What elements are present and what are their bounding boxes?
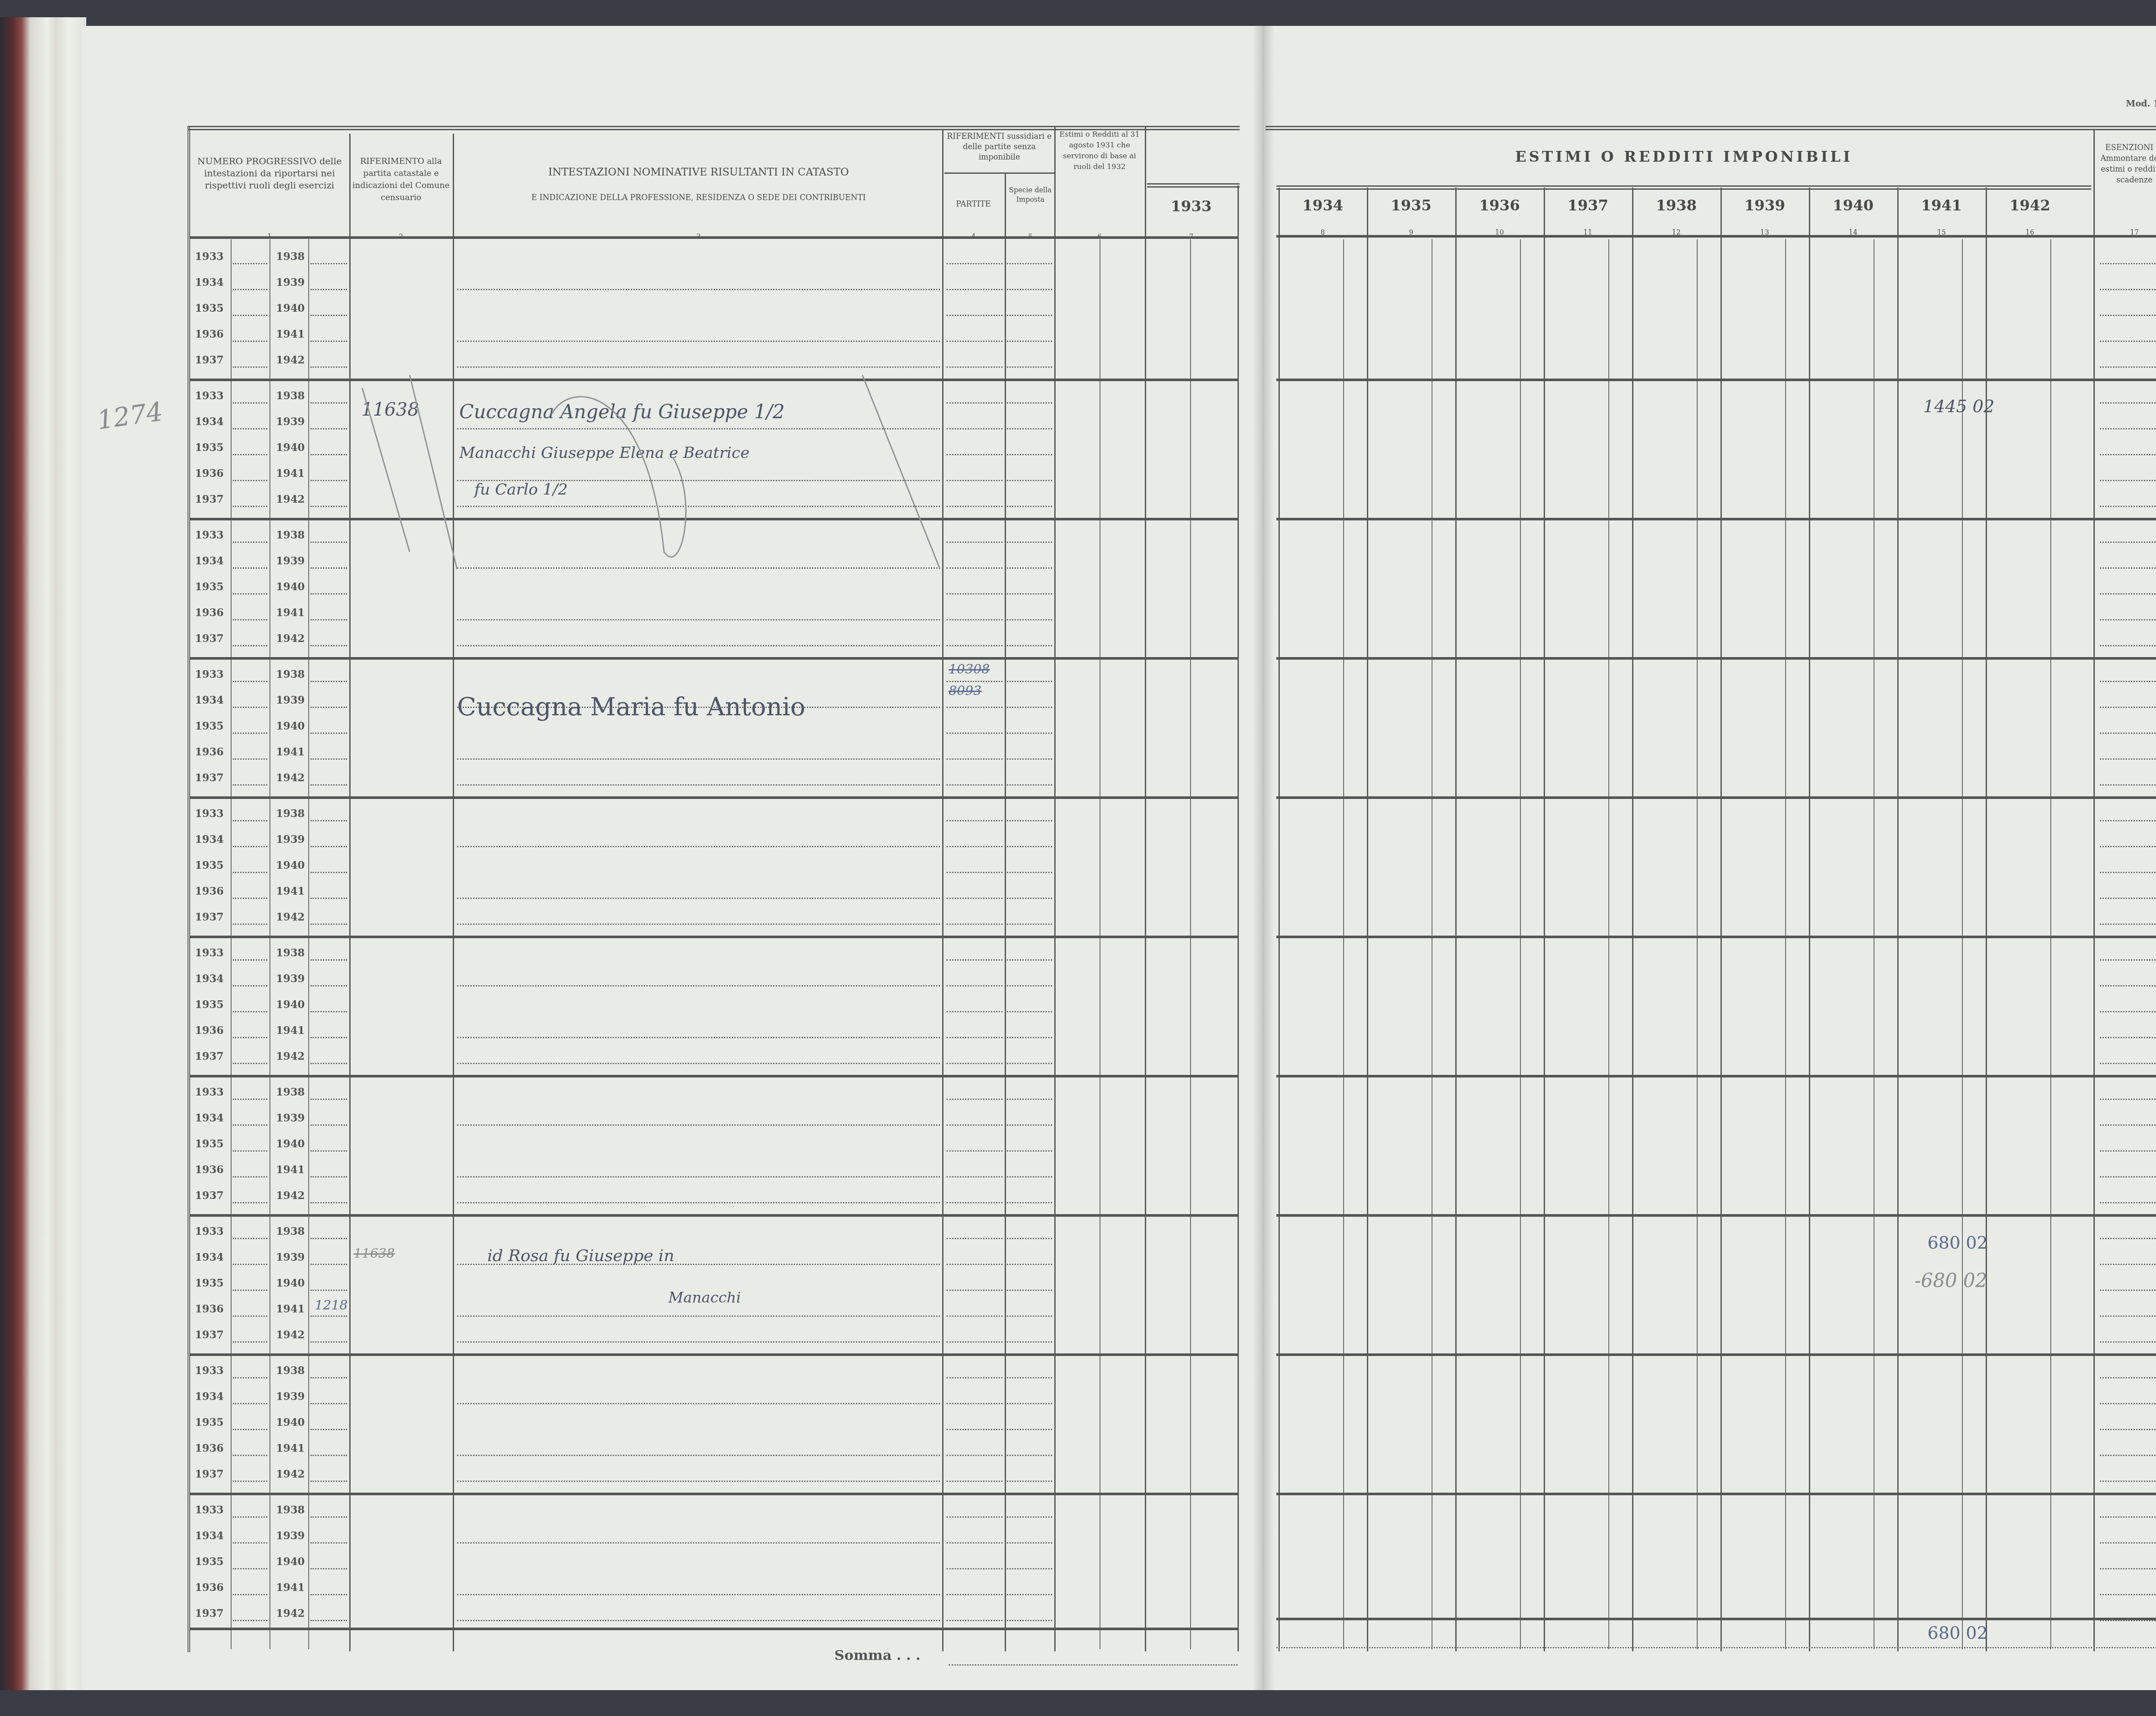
year-entry-line: [310, 707, 347, 708]
ref-entry-line: [946, 1455, 1003, 1456]
ref-entry-line: [946, 1063, 1003, 1064]
ref-entry-line: [2100, 1315, 2156, 1317]
year-label: 1942: [276, 771, 305, 784]
year-label: 1937: [195, 771, 224, 784]
ref-entry-line: [1007, 454, 1052, 455]
ref-entry-line: [2100, 959, 2156, 961]
value-1941-entry-2: 1445 02: [1923, 397, 1994, 416]
name-entry-line: [457, 1202, 940, 1203]
name-entry-line: [457, 1542, 940, 1544]
ref-entry-line: [1007, 402, 1052, 404]
header-year-1935: 1935: [1367, 200, 1455, 212]
header-estimi-title: ESTIMI O REDDITI IMPONIBILI: [1276, 151, 2091, 163]
year-label: 1940: [276, 859, 305, 871]
year-col-divider: [1367, 188, 1368, 1651]
year-label: 1938: [276, 389, 305, 402]
year-label: 1936: [195, 606, 224, 619]
year-entry-line: [233, 1238, 267, 1239]
ref-entry-line: [1007, 872, 1052, 873]
header-col3-title: INTESTAZIONI NOMINATIVE RISULTANTI IN CA…: [457, 166, 940, 178]
year-label: 1933: [195, 1364, 224, 1377]
year-label: 1936: [195, 1581, 224, 1594]
col-divider: [1054, 127, 1056, 1651]
ref-entry-line: [1007, 1238, 1052, 1239]
year-entry-line: [233, 1290, 267, 1291]
entry-separator-left: [190, 657, 1238, 660]
year-label: 1937: [195, 493, 224, 505]
year-entry-line: [310, 872, 347, 873]
year-label: 1941: [276, 1024, 305, 1036]
ref-entry-line: [1007, 366, 1052, 368]
year-label: 1936: [195, 1024, 224, 1036]
year-entry-line: [233, 619, 267, 620]
year-entry-line: [233, 567, 267, 569]
year-entry-line: [233, 820, 267, 821]
ref-entry-line: [2100, 1594, 2156, 1595]
entry-separator-left: [190, 1493, 1238, 1495]
sum-line-right: [1276, 1647, 2156, 1648]
year-label: 1938: [276, 1503, 305, 1516]
ref-entry-line: [1007, 1124, 1052, 1126]
year-label: 1936: [195, 328, 224, 340]
year-label: 1937: [195, 354, 224, 366]
year-label: 1938: [276, 1086, 305, 1098]
header-col3-subtitle: E INDICAZIONE DELLA PROFESSIONE, RESIDEN…: [457, 192, 940, 204]
name-entry-line: [457, 898, 940, 899]
ref-entry-line: [946, 1403, 1003, 1404]
sum-rule-right: [1276, 1618, 2156, 1620]
ref-entry-line: [946, 872, 1003, 873]
name-entry-line: [457, 289, 940, 290]
ref-entry-line: [946, 1481, 1003, 1482]
year-entry-line: [233, 366, 267, 368]
ref-entry-line: [2100, 733, 2156, 734]
right-header-top-rule: [1266, 126, 2156, 130]
name-entry-line: [457, 1341, 940, 1343]
year-entry-line: [310, 1620, 347, 1621]
year-label: 1934: [195, 972, 224, 985]
year-entry-line: [310, 924, 347, 925]
ref-entry-line: [946, 366, 1003, 368]
ref-entry-line: [946, 315, 1003, 316]
year-label: 1938: [276, 1225, 305, 1237]
book-edge-left: [0, 17, 86, 1690]
header-rif-group: RIFERIMENTI sussidiari e delle partite s…: [944, 132, 1054, 163]
ref-entry-line: [946, 1238, 1003, 1239]
year-entry-line: [310, 985, 347, 986]
year-label: 1936: [195, 1163, 224, 1176]
col-divider: [1238, 185, 1239, 1651]
ref-entry-line: [1007, 758, 1052, 760]
year-subcol: [1962, 239, 1963, 1649]
year-label: 1933: [195, 1225, 224, 1237]
sum-value-1941: 680 02: [1927, 1623, 1988, 1643]
year-entry-line: [233, 985, 267, 986]
header-year-1940: 1940: [1809, 200, 1897, 212]
ref-entry-line: [2100, 924, 2156, 925]
sum-label: Somma . . .: [834, 1647, 921, 1663]
ref-entry-line: [2100, 985, 2156, 986]
year-col-divider: [1632, 188, 1633, 1651]
year-label: 1937: [195, 1189, 224, 1202]
name-entry-line: [457, 645, 940, 646]
ref-entry-line: [1007, 315, 1052, 316]
name-entry-line: [457, 846, 940, 847]
year-entry-line: [233, 1481, 267, 1482]
year-entry-line: [233, 315, 267, 316]
name-entry-line: [457, 1481, 940, 1482]
col-divider: [2093, 129, 2095, 1651]
header-year-1939: 1939: [1720, 200, 1809, 212]
ref-entry-line: [1007, 289, 1052, 290]
ref-entry-line: [946, 1202, 1003, 1203]
year-subcol: [1520, 239, 1521, 1649]
year-label: 1937: [195, 632, 224, 645]
ref-entry-line: [2100, 872, 2156, 873]
ref-entry-line: [2100, 428, 2156, 429]
year-label: 1939: [276, 415, 305, 428]
year-entry-line: [310, 1124, 347, 1126]
ref-entry-line: [1007, 1315, 1052, 1317]
year-entry-line: [310, 681, 347, 682]
year-entry-line: [233, 846, 267, 847]
year-label: 1938: [276, 807, 305, 820]
ref-entry-line: [1007, 733, 1052, 734]
ref-entry-line: [1007, 567, 1052, 569]
ref-entry-line: [2100, 1264, 2156, 1265]
year-entry-line: [310, 402, 347, 404]
ref-entry-line: [2100, 1481, 2156, 1482]
year-entry-line: [310, 263, 347, 264]
year-label: 1938: [276, 668, 305, 680]
ref-entry-line: [1007, 1202, 1052, 1203]
year-label: 1941: [276, 328, 305, 340]
ref-entry-line: [2100, 1568, 2156, 1569]
name-entry-line: [457, 1403, 940, 1404]
ref-entry-line: [946, 341, 1003, 342]
ref-entry-line: [2100, 567, 2156, 569]
ref-entry-line: [1007, 1290, 1052, 1291]
year-label: 1937: [195, 1328, 224, 1341]
year-col-divider: [1279, 188, 1280, 1651]
year-label: 1933: [195, 807, 224, 820]
year-label: 1938: [276, 1364, 305, 1377]
ref-entry-line: [2100, 898, 2156, 899]
ref-entry-line: [946, 758, 1003, 760]
year-subcol: [1785, 239, 1786, 1649]
col-divider: [1145, 127, 1146, 1651]
year-entry-line: [310, 1594, 347, 1595]
ref-entry-line: [946, 1594, 1003, 1595]
ref-entry-line: [946, 924, 1003, 925]
year-entry-line: [233, 1341, 267, 1343]
ref-entry-line: [946, 1124, 1003, 1126]
year-entry-line: [310, 820, 347, 821]
entry-separator-right: [1276, 1075, 2156, 1077]
ref-entry-line: [2100, 1238, 2156, 1239]
ref-entry-line: [2100, 820, 2156, 821]
year-entry-line: [310, 1403, 347, 1404]
ref-entry-line: [1007, 1594, 1052, 1595]
entry-4-ref-1: 10308: [949, 662, 990, 677]
year-label: 1939: [276, 1529, 305, 1542]
year-label: 1936: [195, 745, 224, 758]
year-entry-line: [310, 898, 347, 899]
year-entry-line: [233, 1011, 267, 1012]
ref-entry-line: [946, 1542, 1003, 1544]
year-entry-line: [233, 784, 267, 786]
year-subcol: [1432, 239, 1432, 1649]
year-label: 1941: [276, 1581, 305, 1594]
year-entry-line: [310, 1264, 347, 1265]
name-entry-line: [457, 1620, 940, 1621]
ref-entry-line: [2100, 1403, 2156, 1404]
year-entry-line: [233, 758, 267, 760]
year-entry-line: [310, 846, 347, 847]
ref-entry-line: [2100, 402, 2156, 404]
name-entry-line: [457, 985, 940, 986]
ref-entry-line: [2100, 1455, 2156, 1456]
year-label: 1940: [276, 998, 305, 1011]
year-label: 1942: [276, 911, 305, 923]
name-entry-line: [457, 1063, 940, 1064]
entry-separator-right: [1276, 1493, 2156, 1495]
ref-entry-line: [946, 1290, 1003, 1291]
ref-entry-line: [1007, 645, 1052, 646]
year-entry-line: [233, 1568, 267, 1569]
year-entry-line: [233, 1516, 267, 1518]
year-label: 1934: [195, 1251, 224, 1263]
header-year-1942: 1942: [1986, 200, 2074, 212]
ref-entry-line: [2100, 263, 2156, 264]
year-label: 1940: [276, 1137, 305, 1150]
year-entry-line: [310, 1290, 347, 1291]
value-1941-entry-8-b: -680 02: [1915, 1270, 1987, 1292]
year-subcol: [1874, 239, 1874, 1649]
entry-8-progressive-note: 1218: [315, 1298, 348, 1313]
year-entry-line: [310, 784, 347, 786]
name-entry-line: [457, 619, 940, 620]
header-col1: NUMERO PROGRESSIVO delle intestazioni da…: [192, 155, 347, 191]
ref-entry-line: [2100, 707, 2156, 708]
ref-entry-line: [946, 959, 1003, 961]
ref-entry-line: [2100, 645, 2156, 646]
header-year-1941: 1941: [1897, 200, 1986, 212]
col-divider: [942, 129, 943, 1651]
ref-entry-line: [946, 1176, 1003, 1177]
ref-entry-line: [946, 263, 1003, 264]
entry-separator-right: [1276, 657, 2156, 660]
ref-entry-line: [2100, 366, 2156, 368]
ref-entry-line: [946, 1568, 1003, 1569]
year-label: 1935: [195, 859, 224, 871]
year-label: 1938: [276, 250, 305, 263]
year-label: 1933: [195, 1503, 224, 1516]
rif-group-rule: [944, 172, 1054, 174]
name-entry-line: [457, 366, 940, 368]
year-entry-line: [233, 454, 267, 455]
year-entry-line: [233, 1377, 267, 1378]
year-entry-line: [233, 1150, 267, 1152]
ref-entry-line: [2100, 593, 2156, 595]
year-entry-line: [310, 1341, 347, 1343]
year-label: 1937: [195, 1468, 224, 1480]
ref-entry-line: [2100, 619, 2156, 620]
year-label: 1940: [276, 1416, 305, 1428]
year-subcol: [1343, 239, 1344, 1649]
ref-entry-line: [1007, 959, 1052, 961]
year-label: 1933: [195, 668, 224, 680]
year-label: 1939: [276, 833, 305, 845]
ref-entry-line: [1007, 681, 1052, 682]
ref-entry-line: [2100, 1516, 2156, 1518]
year-entry-line: [310, 1037, 347, 1038]
ref-entry-line: [946, 1037, 1003, 1038]
ref-entry-line: [2100, 1063, 2156, 1064]
year-label: 1941: [276, 745, 305, 758]
year-label: 1935: [195, 302, 224, 314]
ref-entry-line: [946, 1099, 1003, 1100]
ref-entry-line: [2100, 1290, 2156, 1291]
year-entry-line: [233, 1124, 267, 1126]
year-entry-line: [310, 366, 347, 368]
year-label: 1939: [276, 554, 305, 567]
ref-entry-line: [946, 1341, 1003, 1343]
year-label: 1935: [195, 441, 224, 454]
strike-through-scribble: [345, 371, 992, 578]
header-year-1937: 1937: [1544, 200, 1632, 212]
ref-entry-line: [1007, 846, 1052, 847]
ref-entry-line: [2100, 289, 2156, 290]
year-entry-line: [310, 454, 347, 455]
year-label: 1939: [276, 1251, 305, 1263]
year-col-divider: [1897, 188, 1899, 1651]
year-label: 1934: [195, 1390, 224, 1403]
year-label: 1939: [276, 1390, 305, 1403]
year-entry-line: [233, 542, 267, 543]
year-entry-line: [233, 480, 267, 481]
header-col5: Specie della Imposta: [1006, 185, 1055, 204]
ref-entry-line: [946, 593, 1003, 595]
ref-entry-line: [1007, 1011, 1052, 1012]
ref-entry-line: [946, 1264, 1003, 1265]
name-entry-line: [457, 1455, 940, 1456]
ref-entry-line: [1007, 1099, 1052, 1100]
year-col-divider: [1809, 188, 1810, 1651]
name-entry-line: [457, 1176, 940, 1177]
year-label: 1936: [195, 885, 224, 897]
ref-entry-line: [946, 846, 1003, 847]
ref-entry-line: [1007, 428, 1052, 429]
ref-entry-line: [1007, 1176, 1052, 1177]
entry-separator-right: [1276, 518, 2156, 520]
ref-entry-line: [1007, 341, 1052, 342]
ref-entry-line: [1007, 542, 1052, 543]
year-label: 1934: [195, 415, 224, 428]
entry-separator-right: [1276, 1353, 2156, 1356]
year-entry-line: [233, 402, 267, 404]
ref-entry-line: [1007, 985, 1052, 986]
ref-entry-line: [946, 619, 1003, 620]
year-entry-line: [310, 480, 347, 481]
ref-entry-line: [1007, 1429, 1052, 1430]
entry-separator-right: [1276, 1214, 2156, 1217]
year-entry-line: [233, 506, 267, 507]
header-year-1936: 1936: [1455, 200, 1544, 212]
year-label: 1939: [276, 1112, 305, 1124]
year-entry-line: [310, 1315, 347, 1317]
entry-separator-left: [190, 1075, 1238, 1077]
year-entry-line: [310, 1568, 347, 1569]
name-entry-line: [457, 1124, 940, 1126]
year-entry-line: [233, 289, 267, 290]
year-label: 1938: [276, 946, 305, 959]
year-entry-line: [310, 1481, 347, 1482]
year-subcol: [2050, 239, 2051, 1649]
name-entry-line: [457, 924, 940, 925]
entry-8-partita-crossed: 11638: [354, 1246, 395, 1261]
year-entry-line: [310, 1542, 347, 1544]
entry-8-name-line1: id Rosa fu Giuseppe in: [487, 1246, 674, 1265]
entry-separator-left: [190, 1214, 1238, 1217]
ref-entry-line: [2100, 315, 2156, 316]
ref-entry-line: [1007, 924, 1052, 925]
year-label: 1934: [195, 554, 224, 567]
year-label: 1940: [276, 1277, 305, 1289]
year-entry-line: [233, 1037, 267, 1038]
ref-entry-line: [2100, 480, 2156, 481]
ref-entry-line: [1007, 593, 1052, 595]
year-entry-line: [233, 872, 267, 873]
year-label: 1933: [195, 946, 224, 959]
year-entry-line: [233, 924, 267, 925]
year-label: 1935: [195, 1137, 224, 1150]
ref-entry-line: [1007, 1481, 1052, 1482]
year-label: 1933: [195, 250, 224, 263]
year-label: 1937: [195, 1050, 224, 1062]
year-label: 1942: [276, 632, 305, 645]
year-entry-line: [233, 1202, 267, 1203]
form-model-label: Mod. 111 - Imposte Dirette (Intercalare)…: [2126, 98, 2156, 109]
entry-4-name: Cuccagna Maria fu Antonio: [457, 692, 805, 721]
year-entry-line: [233, 681, 267, 682]
header-year-1938: 1938: [1632, 200, 1720, 212]
year-entry-line: [233, 959, 267, 961]
ref-entry-line: [2100, 846, 2156, 847]
year-label: 1934: [195, 1112, 224, 1124]
year-entry-line: [233, 645, 267, 646]
year-label: 1942: [276, 1050, 305, 1062]
ref-entry-line: [1007, 1455, 1052, 1456]
header-col17: ESENZIONI — Ammontare degli estimi o red…: [2096, 142, 2156, 185]
year-label: 1933: [195, 529, 224, 541]
ref-entry-line: [2100, 1176, 2156, 1177]
year-entry-line: [233, 263, 267, 264]
year-entry-line: [310, 341, 347, 342]
ref-entry-line: [2100, 1341, 2156, 1343]
year-entry-line: [310, 1516, 347, 1518]
ref-entry-line: [2100, 1099, 2156, 1100]
ref-entry-line: [946, 1011, 1003, 1012]
ref-entry-line: [1007, 263, 1052, 264]
ref-entry-line: [1007, 1063, 1052, 1064]
ref-entry-line: [1007, 1516, 1052, 1518]
year-entry-line: [310, 315, 347, 316]
year-label: 1940: [276, 302, 305, 314]
year-entry-line: [310, 1099, 347, 1100]
entry-separator-right: [1276, 796, 2156, 799]
name-entry-line: [457, 1037, 940, 1038]
